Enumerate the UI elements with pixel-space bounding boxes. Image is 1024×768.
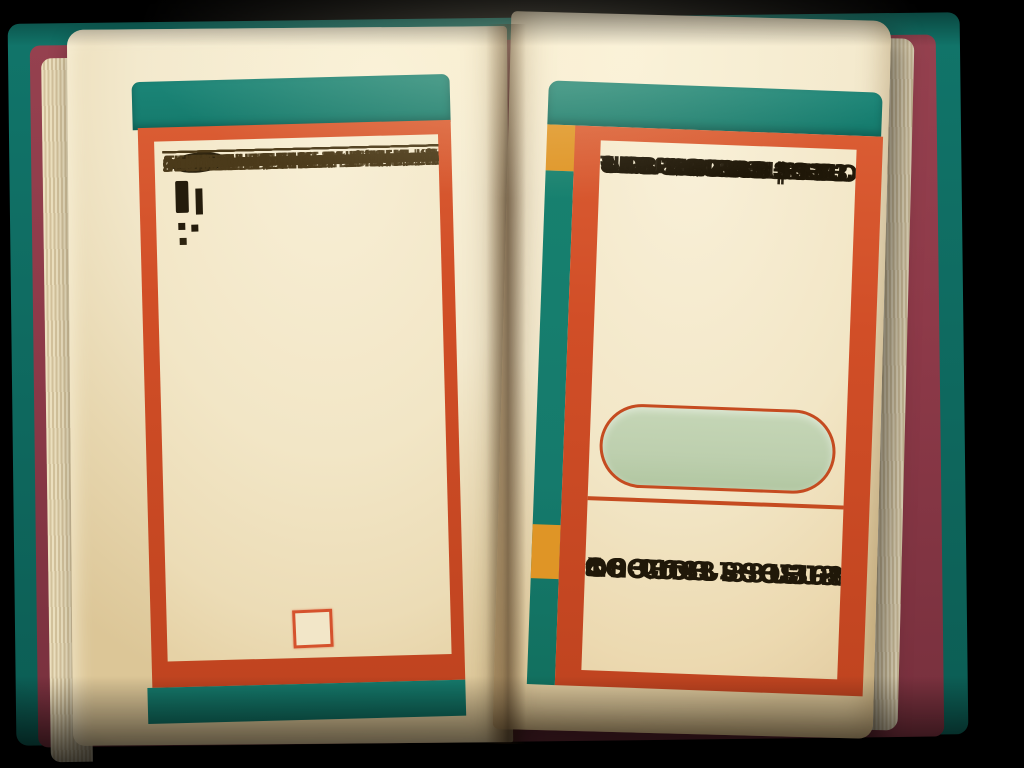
script-line: ՅԷՅՔՖՅ 3ՆՎ‖ԾՅՆ [599, 150, 845, 189]
right-page-panel: ՖՕ8Յ ЭՄԵՖ ՑՅԾՅՅՈՅ ՑՔՕԳ ՑՄ ՎՅ3ՎԹՄԺՁ ՅՈՊՅՌ… [518, 80, 887, 716]
amber-square-top [546, 124, 578, 171]
seal-stamp [292, 609, 334, 649]
blank-oval-cartouche [598, 403, 837, 496]
right-lower-script-lines: ՊՈ ՆՈՅՆՔՅ ՍՅՈՆՖՏՅՆՕ ՆՏՅՕՆ ∼ՃՕΘՅԵՅ ՆՏՅՏՆՅ… [581, 550, 841, 679]
right-upper-script-lines: ՖՕ8Յ ЭՄԵՖ ՑՅԾՅՅՈՅ ՑՔՕԳ ՑՄ ՎՅ3ՎԹՄԺՁ ՅՈՊՅՌ… [591, 150, 856, 405]
photograph-background: պոմշ խցնեջէ ‖ մեջծ ժովնամ գունսամէվըրեչն… [0, 0, 1024, 768]
left-script-lines: պոմշ խցնեջէ ‖ մեջծ ժովնամ գունսամէվըրեչն… [162, 142, 446, 615]
left-page: պոմշ խցնեջէ ‖ մեջծ ժովնամ գունսամէվըրեչն… [67, 26, 513, 746]
left-panel-red-frame: պոմշ խցնեջէ ‖ մեջծ ժովնամ գունսամէվըրեչն… [138, 120, 466, 688]
red-divider-line [581, 496, 856, 511]
script-line: ըցեղց ց շցի ֆձցովցեպցի ‖ ацահ ամձեցքի օ [162, 138, 451, 177]
right-page-text-area: ՖՕ8Յ ЭՄԵՖ ՑՅԾՅՅՈՅ ՑՔՕԳ ՑՄ ՎՅ3ՎԹՄԺՁ ՅՈՊՅՌ… [581, 140, 856, 679]
book-gutter-shadow [486, 24, 526, 744]
amber-square-side [531, 524, 561, 579]
left-page-text-area: պոմշ խցնեջէ ‖ մեջծ ժովնամ գունսամէվըրեչն… [154, 134, 452, 661]
left-page-panel: պոմշ խցնեջէ ‖ մեջծ ժովնամ գունսամէվըրեչն… [132, 74, 469, 754]
script-line: ՓՅ ՉԵՎՅ ՅՑՆՅՆՅ [584, 550, 846, 597]
right-page: ՖՕ8Յ ЭՄԵՖ ՑՅԾՅՅՈՅ ՑՔՕԳ ՑՄ ՎՅ3ՎԹՄԺՁ ՅՈՊՅՌ… [493, 11, 892, 739]
right-panel-red-frame: ՖՕ8Յ ЭՄԵՖ ՑՅԾՅՅՈՅ ՑՔՕԳ ՑՄ ՎՅ3ՎԹՄԺՁ ՅՈՊՅՌ… [555, 125, 883, 696]
left-panel-teal-band-bottom [147, 680, 466, 724]
